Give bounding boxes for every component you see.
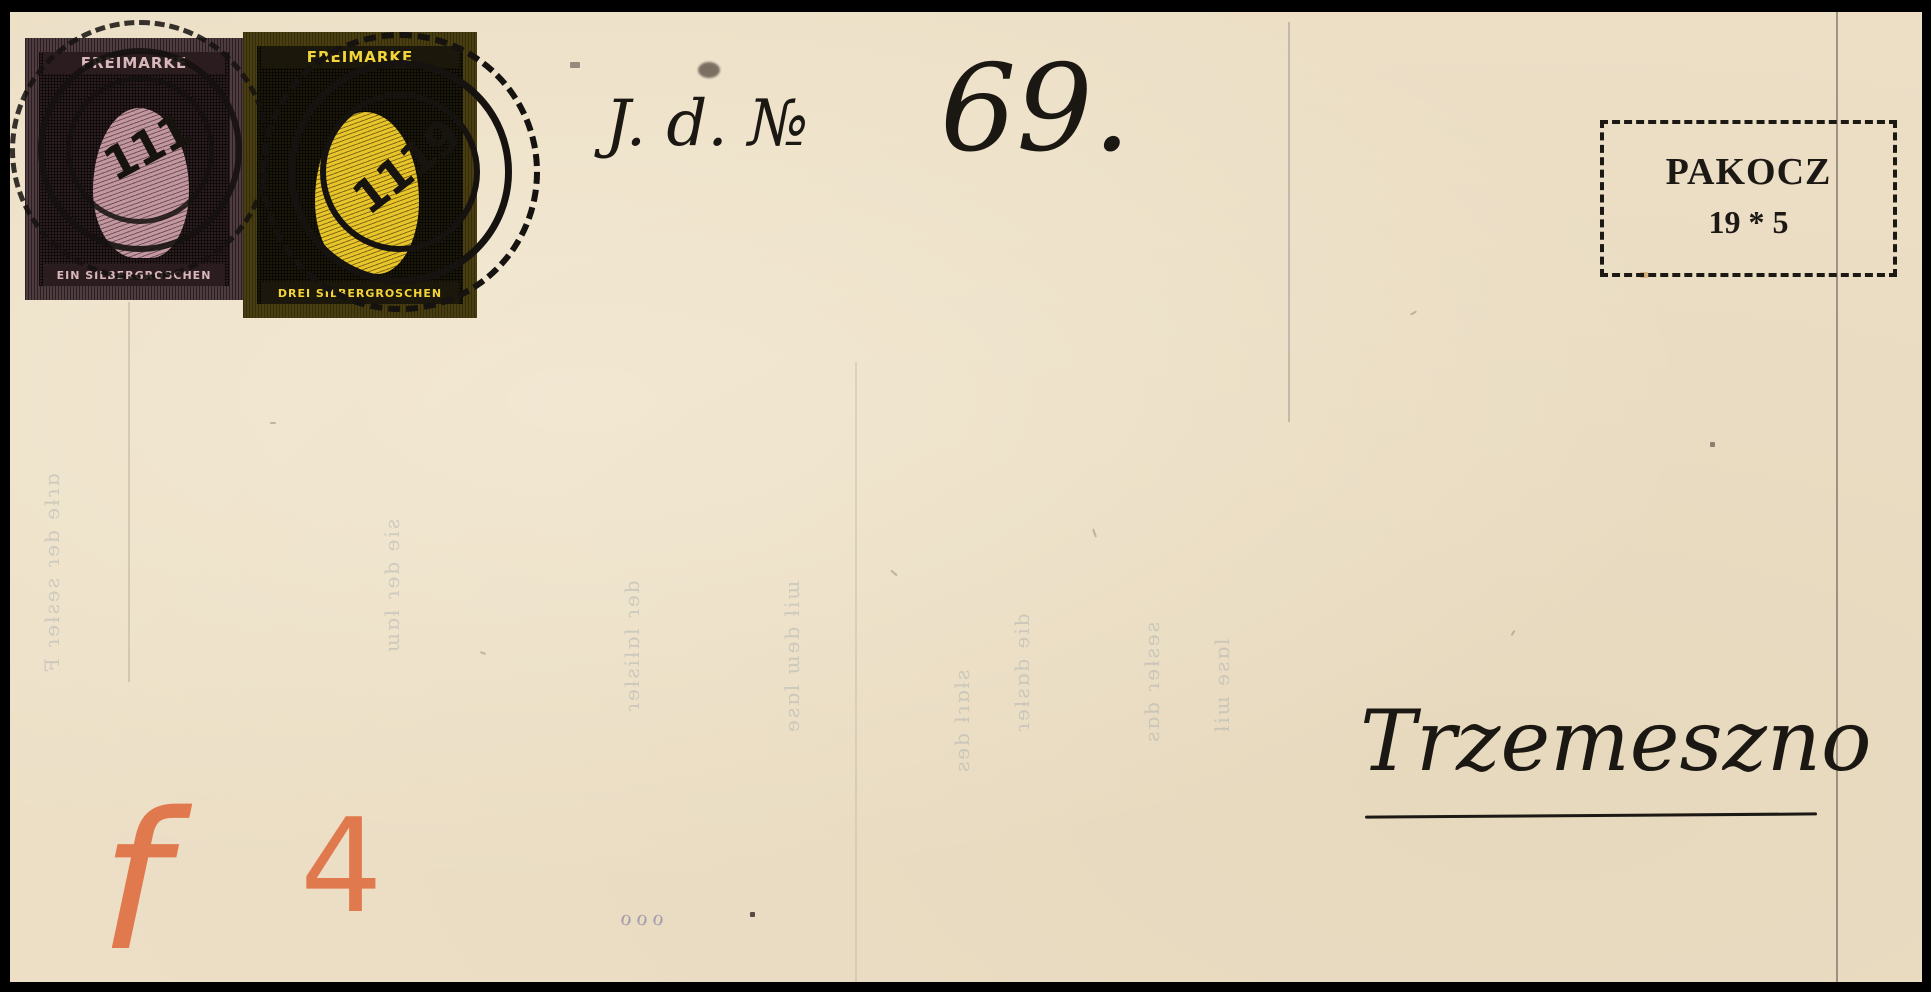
town-name: PAKOCZ bbox=[1604, 150, 1893, 194]
crayon-mark-left: f bbox=[82, 772, 196, 982]
cover-paper: ꟻ ɿɘƚƨɘƨ ɿɘb ɘƚɿɒ ɯɒƚ ɿɘb ɘiƨ ɿɘƚƨiƚɒl ɿ… bbox=[10, 12, 1922, 982]
show-through-text: ꟻ ɿɘƚƨɘƨ ɿɘb ɘƚɿɒ bbox=[40, 292, 74, 672]
printed-rule bbox=[1288, 22, 1290, 422]
address-destination: Trzemeszno bbox=[1360, 692, 1872, 790]
crayon-mark-right: 4 bbox=[300, 790, 383, 942]
address-underline bbox=[1365, 812, 1817, 818]
town-cancel-box: PAKOCZ 19 * 5 bbox=[1600, 120, 1897, 277]
paper-fiber bbox=[1092, 528, 1097, 537]
paper-fiber bbox=[890, 570, 897, 577]
paper-fiber bbox=[570, 62, 580, 68]
printed-rule bbox=[128, 302, 130, 682]
printed-rule bbox=[855, 362, 857, 982]
show-through-text: ƨɘb ƚɿɒƚƨ bbox=[950, 252, 984, 772]
show-through-text: ɿɘƚƨɒb ɘib bbox=[1010, 212, 1044, 732]
paper-fiber bbox=[1511, 630, 1516, 636]
paper-fiber bbox=[480, 651, 486, 655]
cancel-date: 19 * 5 bbox=[1604, 204, 1893, 241]
docket-prefix: J. d. № bbox=[605, 87, 809, 161]
paper-fiber bbox=[1410, 310, 1417, 315]
paper-fiber bbox=[270, 422, 276, 424]
show-through-text: ƚiɯ ɘƨɒl bbox=[1210, 172, 1244, 732]
faint-handstamp: ℴℴℴ bbox=[620, 902, 668, 932]
ink-blot bbox=[698, 62, 720, 78]
docket-number: 69. bbox=[940, 40, 1131, 179]
show-through-text: ɘƨɒl ɯɘb ƚiɯ bbox=[780, 272, 814, 732]
paper-fiber bbox=[750, 912, 755, 917]
show-through-text: ɿɘƚƨiƚɒl ɿɘb bbox=[620, 292, 654, 712]
show-through-text: ƨɒb ɿɘƚƨɘƨ bbox=[1140, 202, 1174, 742]
show-through-text: ɯɒƚ ɿɘb ɘiƨ bbox=[380, 352, 414, 652]
paper-fiber bbox=[1710, 442, 1715, 447]
